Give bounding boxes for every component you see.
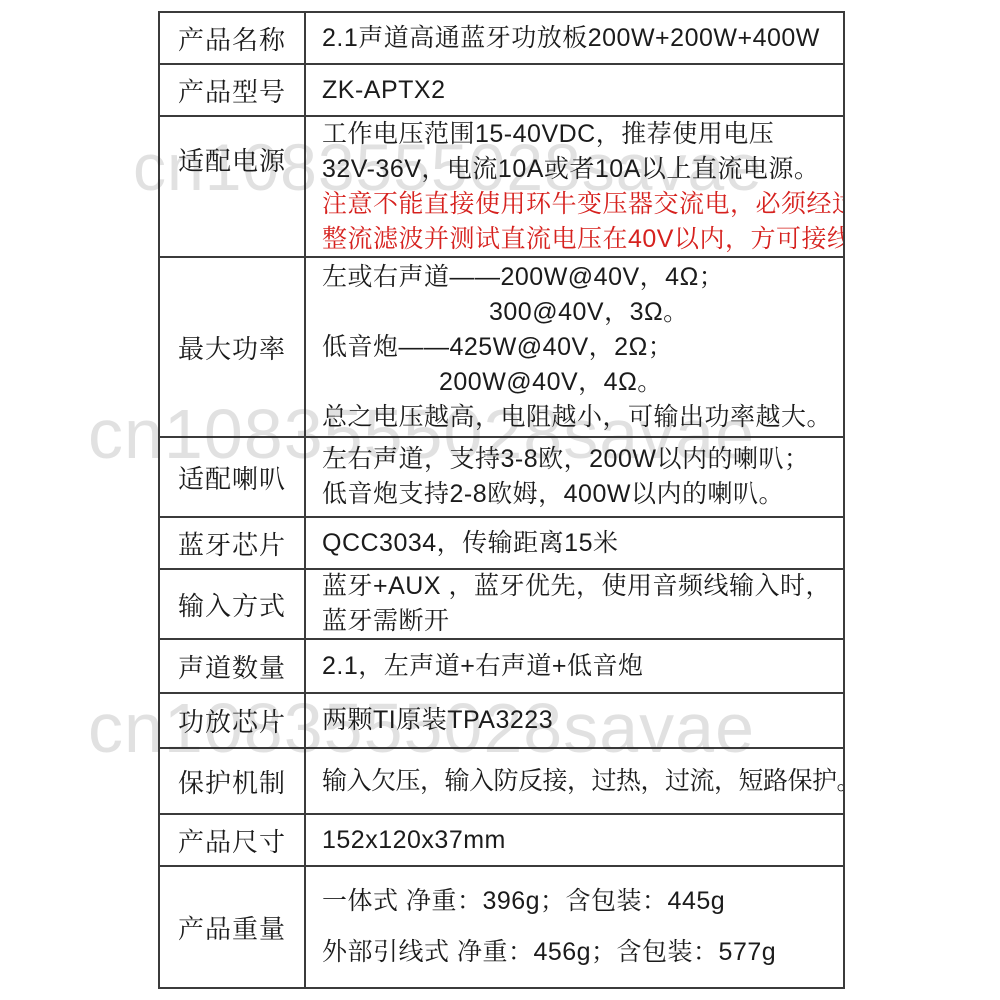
table-row: 保护机制输入欠压，输入防反接，过热，过流，短路保护。 (160, 749, 843, 815)
table-row: 输入方式蓝牙+AUX ，蓝牙优先，使用音频线输入时，蓝牙需断开 (160, 570, 843, 640)
table-row: 蓝牙芯片QCC3034，传输距离15米 (160, 518, 843, 570)
table-row: 产品型号ZK-APTX2 (160, 65, 843, 117)
spec-value: QCC3034，传输距离15米 (306, 518, 843, 568)
spec-value: 工作电压范围15-40VDC，推荐使用电压32V-36V，电流10A或者10A以… (306, 117, 843, 256)
spec-label: 产品名称 (160, 13, 306, 63)
spec-label: 产品尺寸 (160, 815, 306, 865)
spec-value-line: 一体式 净重：396g；含包装：445g (322, 884, 837, 919)
spec-value: 2.1，左声道+右声道+低音炮 (306, 640, 843, 692)
table-row: 适配电源工作电压范围15-40VDC，推荐使用电压32V-36V，电流10A或者… (160, 117, 843, 258)
spec-label: 保护机制 (160, 749, 306, 813)
table-row: 产品尺寸152x120x37mm (160, 815, 843, 867)
spec-value: 蓝牙+AUX ，蓝牙优先，使用音频线输入时，蓝牙需断开 (306, 570, 843, 638)
spec-value-line: 200W@40V，4Ω。 (322, 365, 837, 400)
spec-value-line: 工作电压范围15-40VDC，推荐使用电压 (322, 117, 837, 152)
spec-label: 产品重量 (160, 867, 306, 987)
spec-label: 适配喇叭 (160, 438, 306, 516)
spec-value-line: 32V-36V，电流10A或者10A以上直流电源。 (322, 152, 837, 187)
spec-value: 两颗TI原装TPA3223 (306, 694, 843, 747)
table-row: 产品重量一体式 净重：396g；含包装：445g外部引线式 净重：456g；含包… (160, 867, 843, 987)
table-row: 适配喇叭左右声道，支持3-8欧，200W以内的喇叭；低音炮支持2-8欧姆，400… (160, 438, 843, 518)
spec-value: 2.1声道高通蓝牙功放板200W+200W+400W (306, 13, 843, 63)
spec-value-line: 左或右声道——200W@40V，4Ω； (322, 260, 837, 295)
spec-label: 功放芯片 (160, 694, 306, 747)
spec-value-line: 注意不能直接使用环牛变压器交流电，必须经过 (322, 187, 837, 222)
spec-value: 一体式 净重：396g；含包装：445g外部引线式 净重：456g；含包装：57… (306, 867, 843, 987)
spec-value-line: 两颗TI原装TPA3223 (322, 703, 837, 738)
spec-value-line: ZK-APTX2 (322, 73, 837, 108)
spec-value-line: 低音炮——425W@40V，2Ω； (322, 330, 837, 365)
spec-value-line: QCC3034，传输距离15米 (322, 526, 837, 561)
spec-value-line: 整流滤波并测试直流电压在40V以内，方可接线。 (322, 222, 837, 257)
spec-label: 适配电源 (160, 117, 306, 256)
spec-value: 152x120x37mm (306, 815, 843, 865)
spec-value-line: 左右声道，支持3-8欧，200W以内的喇叭； (322, 442, 837, 477)
spec-label: 产品型号 (160, 65, 306, 115)
spec-value-line: 外部引线式 净重：456g；含包装：577g (322, 935, 837, 970)
spec-value-line: 2.1声道高通蓝牙功放板200W+200W+400W (322, 21, 837, 56)
spec-value: 左右声道，支持3-8欧，200W以内的喇叭；低音炮支持2-8欧姆，400W以内的… (306, 438, 843, 516)
spec-value: ZK-APTX2 (306, 65, 843, 115)
spec-value-line: 152x120x37mm (322, 823, 837, 858)
spec-value-line: 蓝牙+AUX ，蓝牙优先，使用音频线输入时， (322, 570, 837, 604)
spec-value-line: 输入欠压，输入防反接，过热，过流，短路保护。 (322, 764, 837, 799)
table-row: 功放芯片两颗TI原装TPA3223 (160, 694, 843, 749)
spec-value-line: 300@40V，3Ω。 (322, 295, 837, 330)
spec-value: 左或右声道——200W@40V，4Ω；300@40V，3Ω。低音炮——425W@… (306, 258, 843, 436)
spec-label: 输入方式 (160, 570, 306, 638)
spec-value-line: 2.1，左声道+右声道+低音炮 (322, 649, 837, 684)
spec-label: 声道数量 (160, 640, 306, 692)
table-row: 声道数量2.1，左声道+右声道+低音炮 (160, 640, 843, 694)
spec-value-line: 总之电压越高，电阻越小，可输出功率越大。 (322, 400, 837, 435)
spec-value-line: 蓝牙需断开 (322, 604, 837, 638)
spec-label: 蓝牙芯片 (160, 518, 306, 568)
table-row: 最大功率左或右声道——200W@40V，4Ω；300@40V，3Ω。低音炮——4… (160, 258, 843, 438)
table-row: 产品名称2.1声道高通蓝牙功放板200W+200W+400W (160, 13, 843, 65)
spec-table: 产品名称2.1声道高通蓝牙功放板200W+200W+400W产品型号ZK-APT… (158, 11, 845, 989)
spec-label: 最大功率 (160, 258, 306, 436)
spec-value: 输入欠压，输入防反接，过热，过流，短路保护。 (306, 749, 843, 813)
spec-value-line: 低音炮支持2-8欧姆，400W以内的喇叭。 (322, 477, 837, 512)
